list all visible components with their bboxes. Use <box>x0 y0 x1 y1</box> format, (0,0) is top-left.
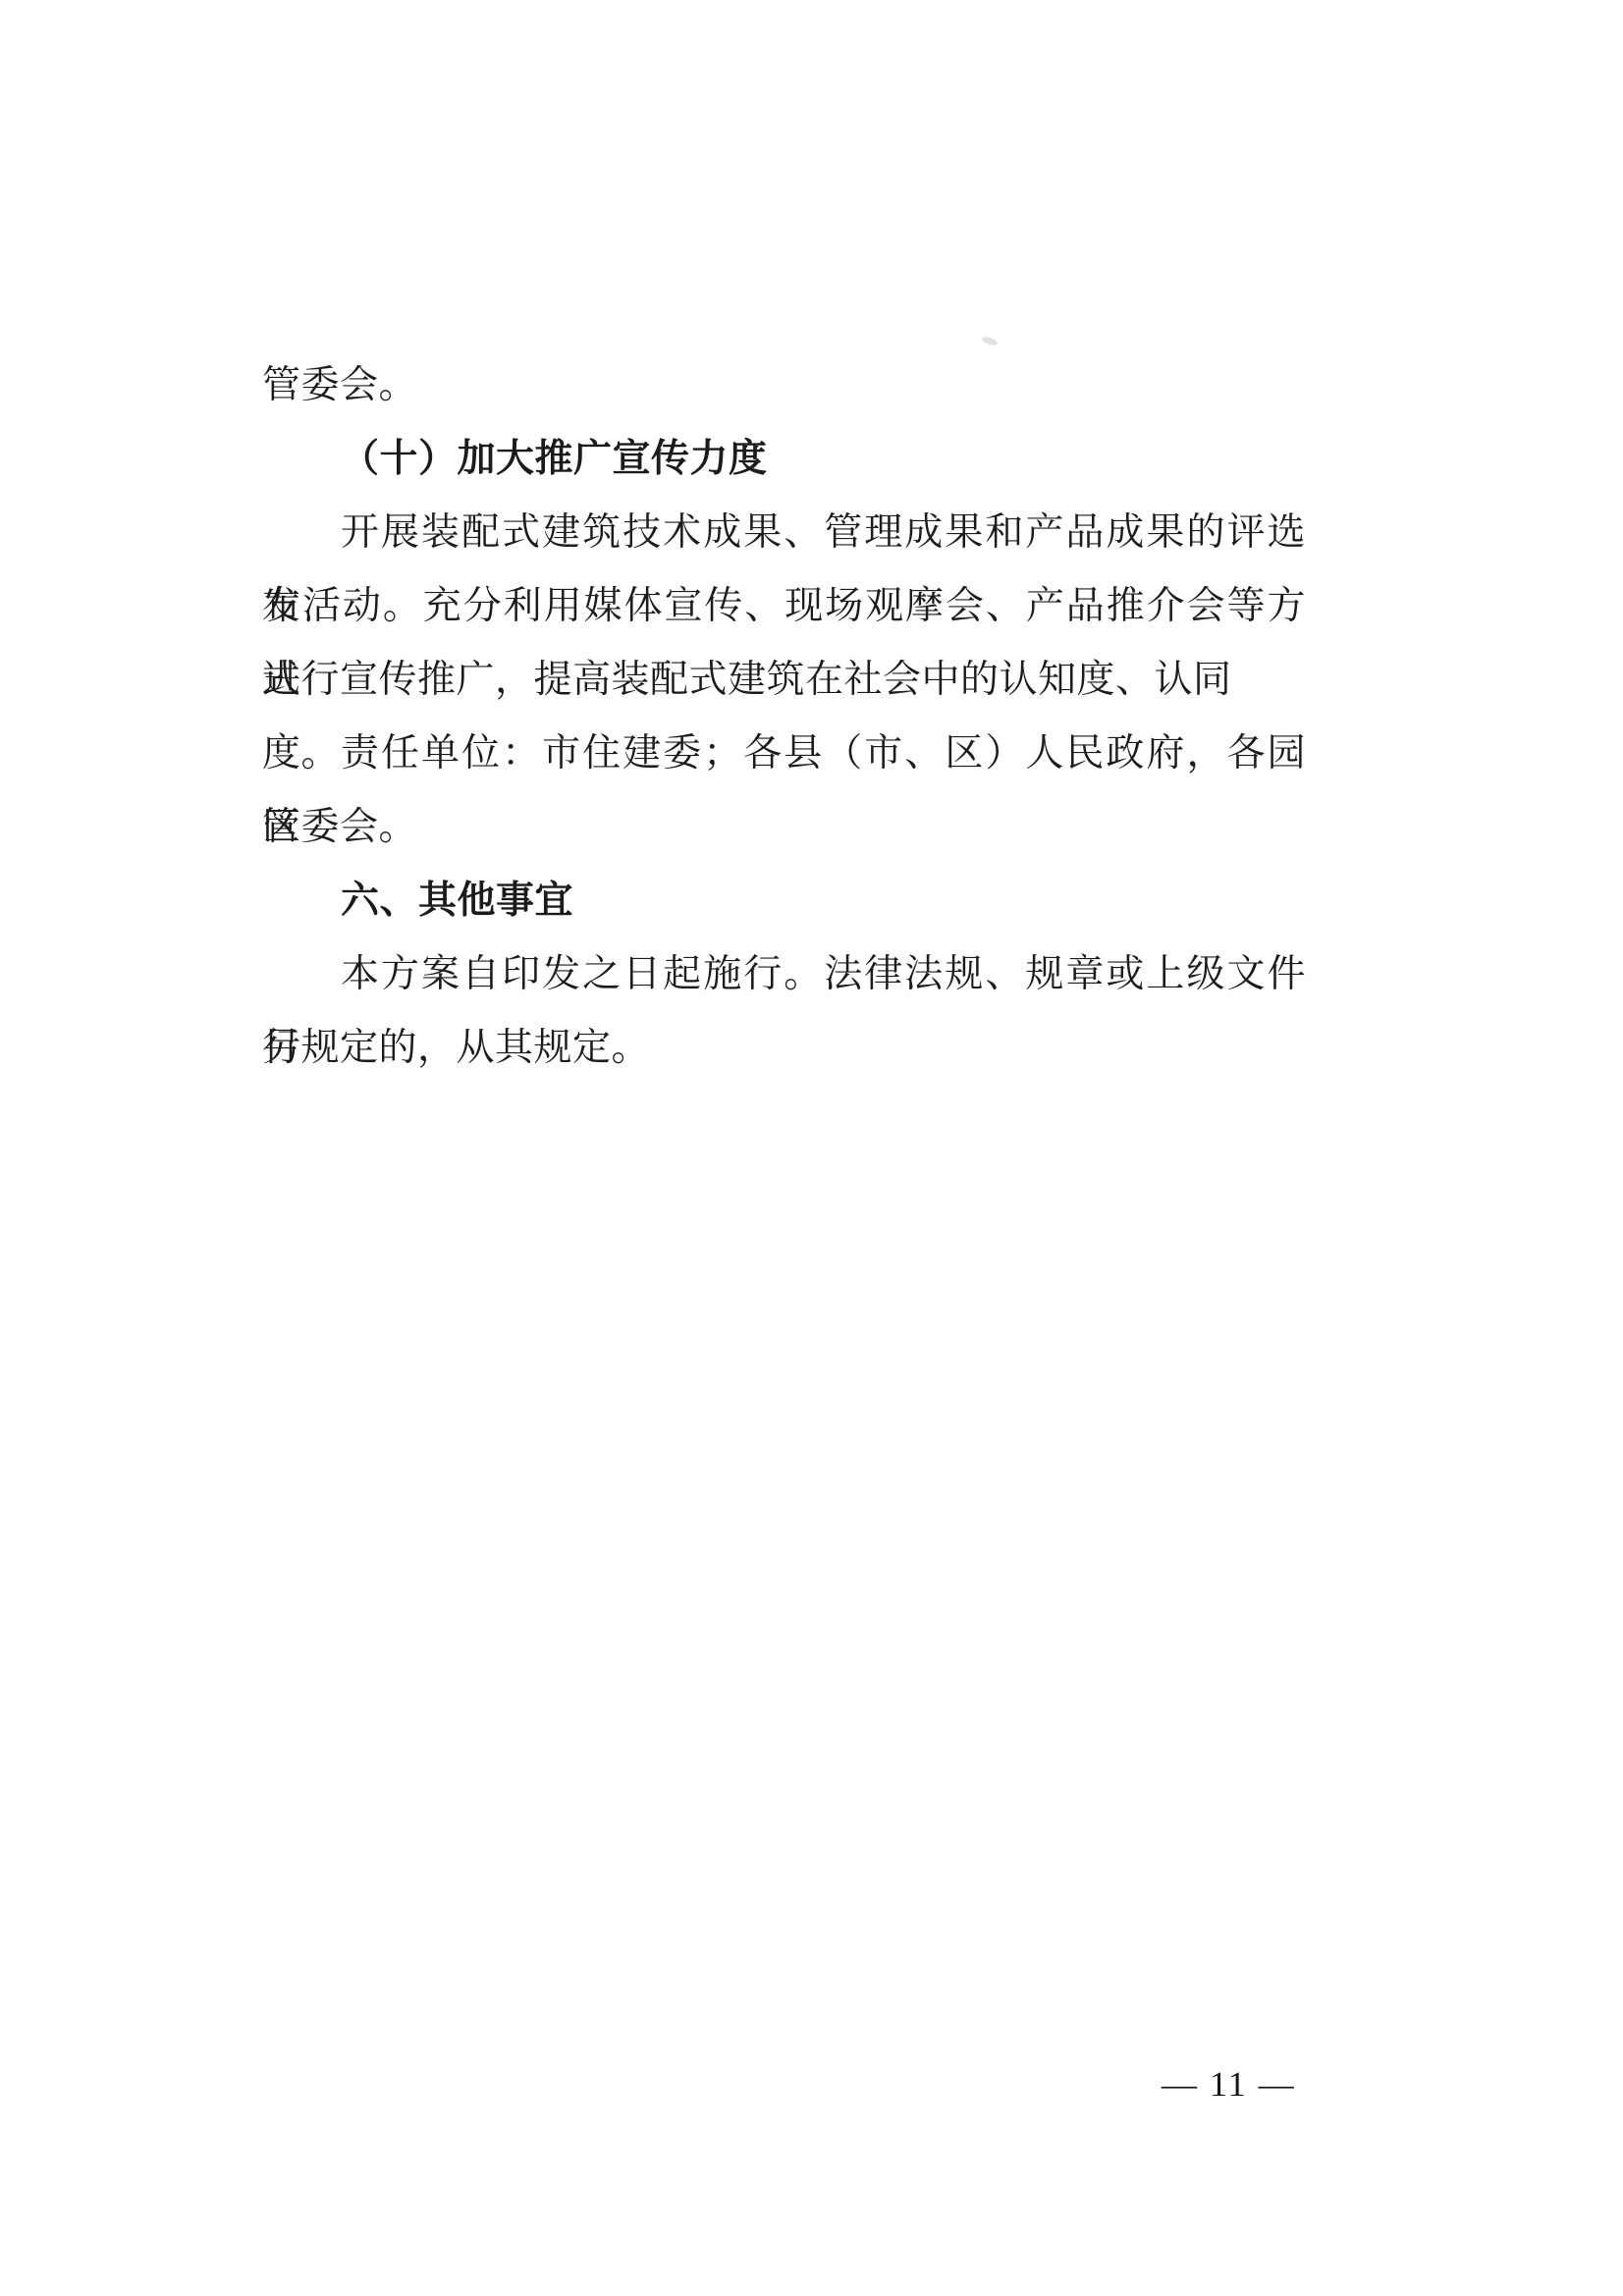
document-text-block: 管委会。 （十）加大推广宣传力度 开展装配式建筑技术成果、管理成果和产品成果的评… <box>262 348 1306 1085</box>
responsible-unit-line: 责任单位：市住建委；各县（市、区）人民政府，各园区 <box>262 717 1306 790</box>
body-line: 开展装配式建筑技术成果、管理成果和产品成果的评选发 <box>262 496 1306 569</box>
body-line: 行规定的，从其规定。 <box>262 1011 1306 1085</box>
paragraph-continuation-line: 管委会。 <box>262 348 1306 422</box>
page-number: — 11 — <box>1162 2064 1296 2104</box>
body-line: 进行宣传推广，提高装配式建筑在社会中的认知度、认同度。 <box>262 643 1306 717</box>
section-heading-other-matters: 六、其他事宜 <box>262 864 1306 937</box>
body-line: 本方案自印发之日起施行。法律法规、规章或上级文件另 <box>262 937 1306 1011</box>
paragraph-continuation-line: 管委会。 <box>262 790 1306 864</box>
section-heading-ten: （十）加大推广宣传力度 <box>262 422 1306 496</box>
scan-artifact <box>981 336 998 347</box>
body-line: 布活动。充分利用媒体宣传、现场观摩会、产品推介会等方式 <box>262 569 1306 643</box>
document-page: 管委会。 （十）加大推广宣传力度 开展装配式建筑技术成果、管理成果和产品成果的评… <box>0 0 1623 2296</box>
